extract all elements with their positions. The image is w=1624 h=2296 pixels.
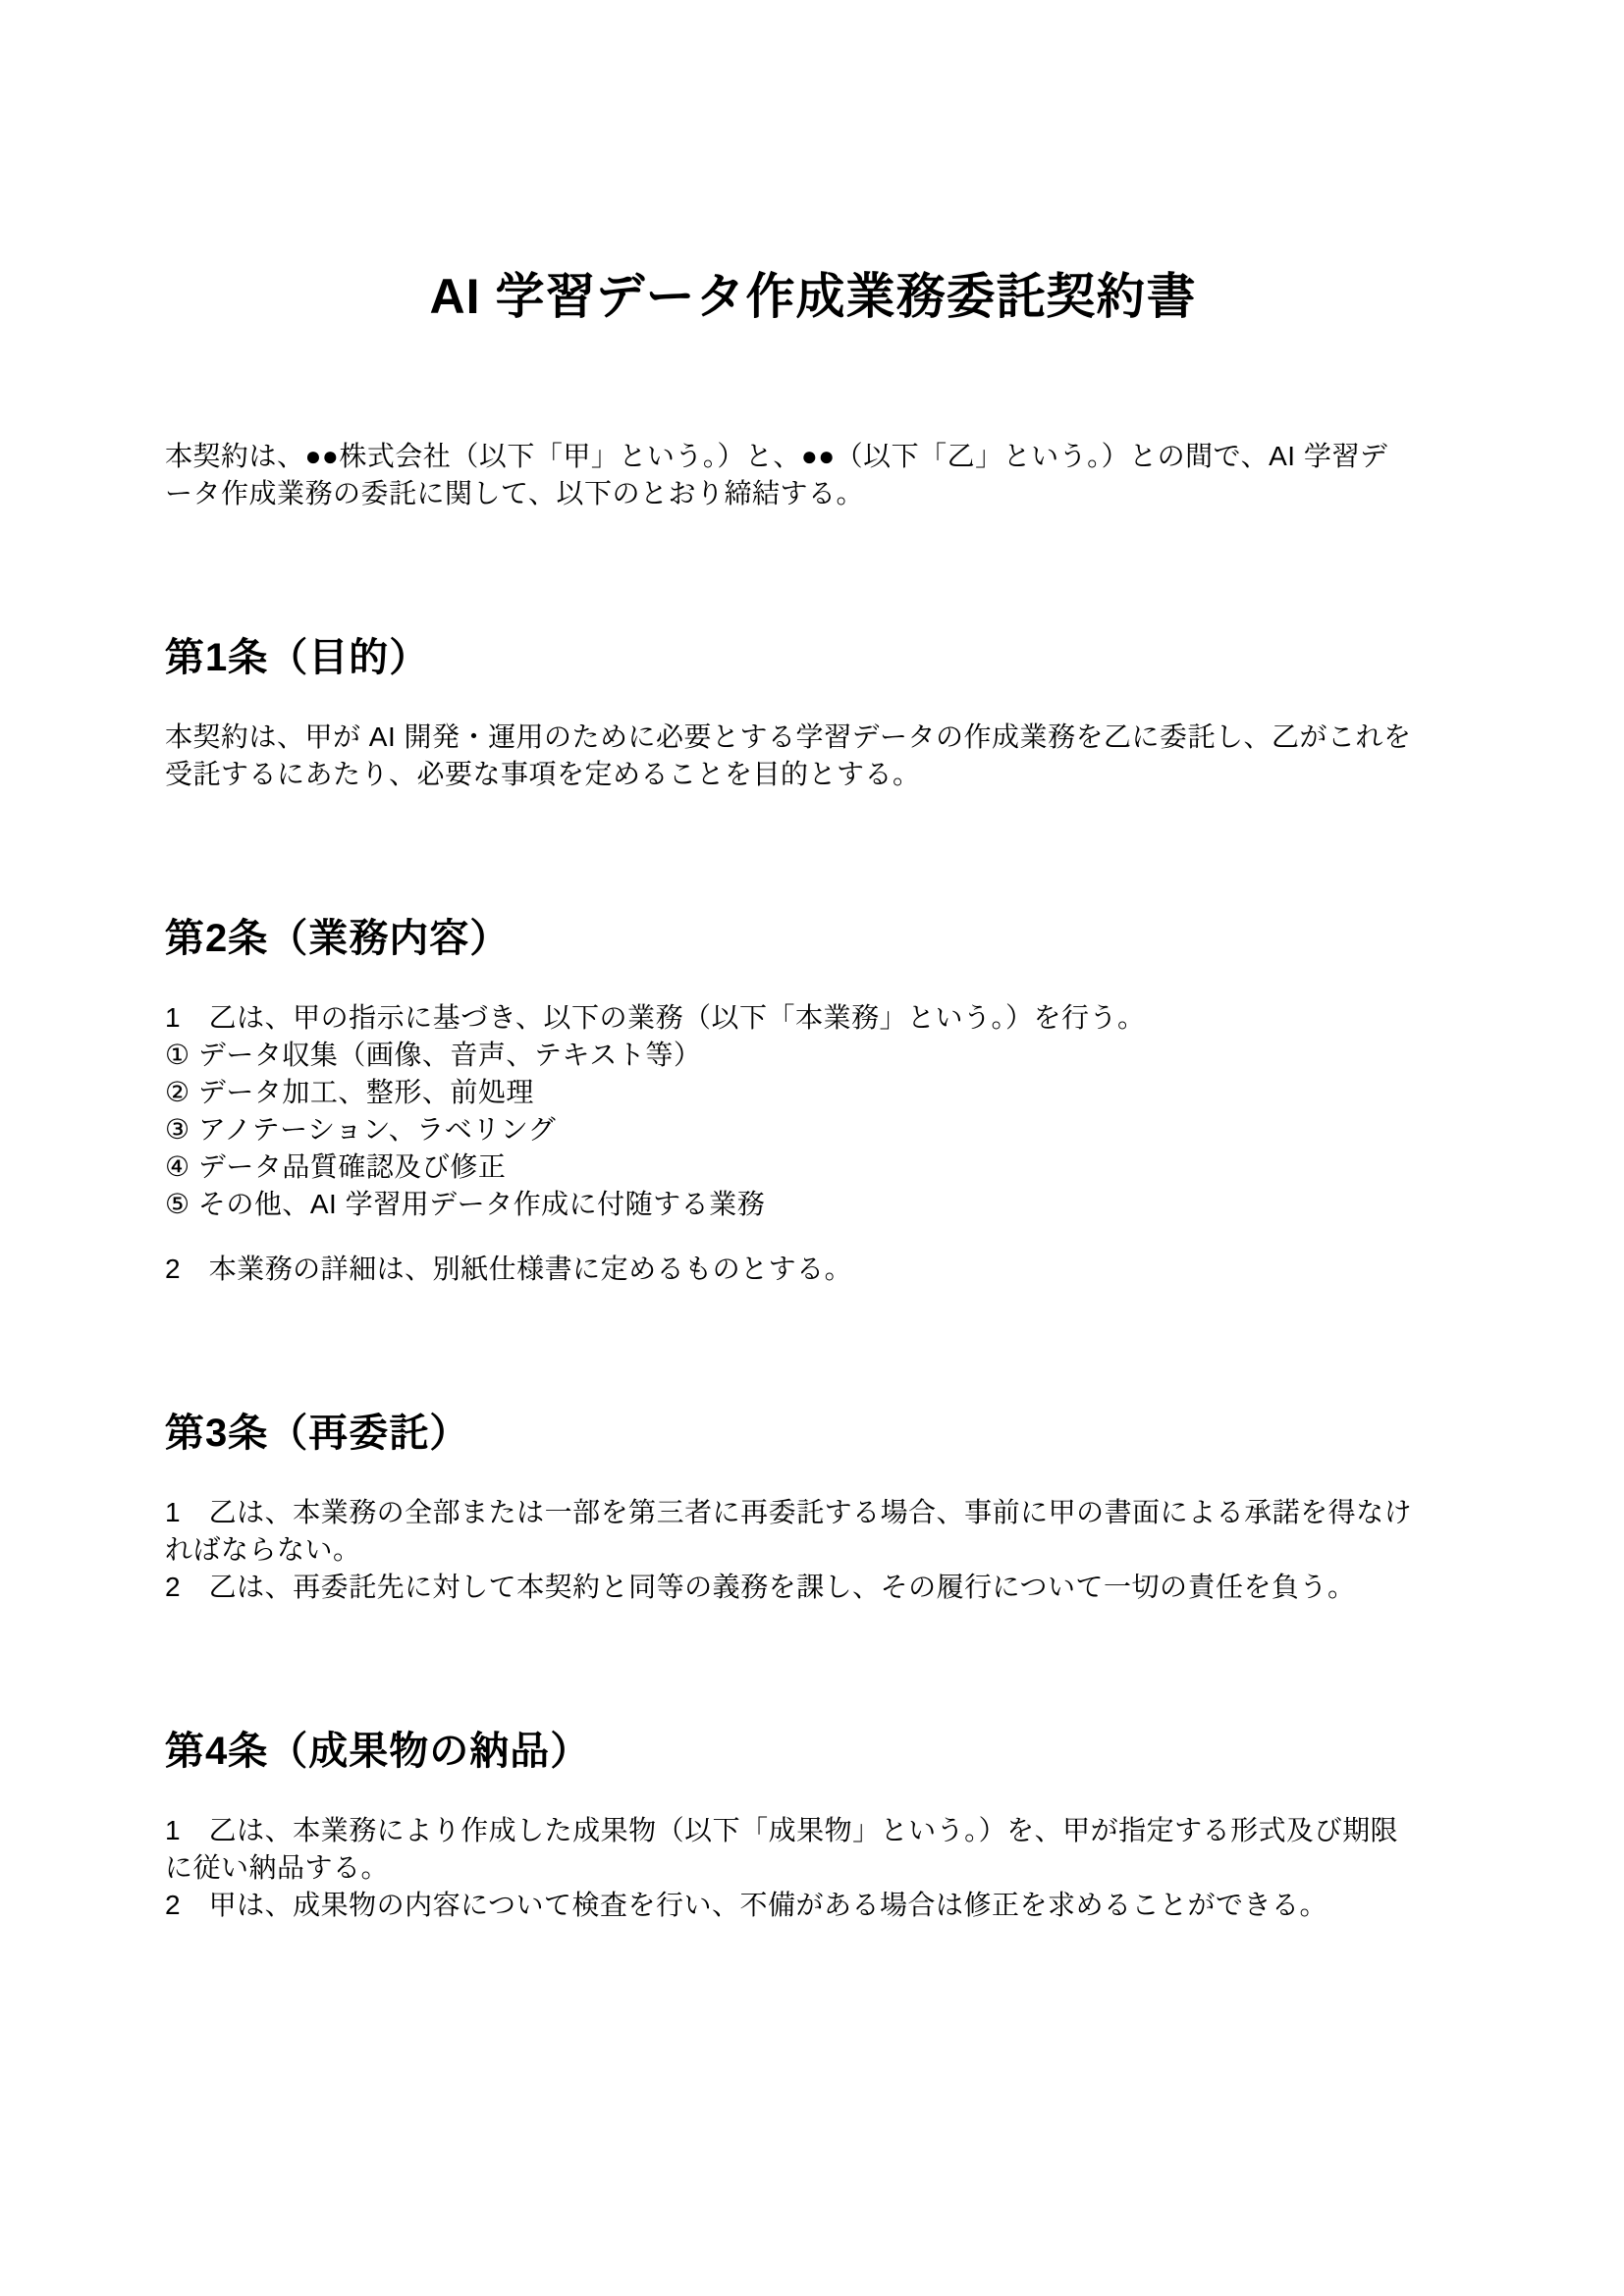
document-title: AI 学習データ作成業務委託契約書 [165, 267, 1461, 326]
article-3-subcontracting: 第3条（再委託） 1 乙は、本業務の全部または一部を第三者に再委託する場合、事前… [165, 1410, 1461, 1606]
article-3-paragraph: 1 乙は、本業務の全部または一部を第三者に再委託する場合、事前に甲の書面による承… [165, 1494, 1461, 1606]
article-4-heading: 第4条（成果物の納品） [165, 1728, 1461, 1775]
article-2-heading: 第2条（業務内容） [165, 915, 1461, 962]
article-3-heading: 第3条（再委託） [165, 1410, 1461, 1457]
article-1-paragraph: 本契約は、甲が AI 開発・運用のために必要とする学習データの作成業務を乙に委託… [165, 719, 1461, 793]
article-4-deliverables: 第4条（成果物の納品） 1 乙は、本業務により作成した成果物（以下「成果物」とい… [165, 1728, 1461, 1924]
article-2-scope-of-work: 第2条（業務内容） 1 乙は、甲の指示に基づき、以下の業務（以下「本業務」という… [165, 915, 1461, 1288]
contract-document-page: AI 学習データ作成業務委託契約書 本契約は、●●株式会社（以下「甲」という。）… [0, 0, 1624, 2296]
article-2-paragraph-2: 2 本業務の詳細は、別紙仕様書に定めるものとする。 [165, 1251, 1461, 1288]
intro-paragraph: 本契約は、●●株式会社（以下「甲」という。）と、●●（以下「乙」という。）との間… [165, 438, 1461, 512]
article-4-paragraph: 1 乙は、本業務により作成した成果物（以下「成果物」という。）を、甲が指定する形… [165, 1812, 1461, 1924]
article-2-paragraph-1: 1 乙は、甲の指示に基づき、以下の業務（以下「本業務」という。）を行う。 ① デ… [165, 999, 1461, 1223]
article-1-purpose: 第1条（目的） 本契約は、甲が AI 開発・運用のために必要とする学習データの作… [165, 634, 1461, 793]
article-1-heading: 第1条（目的） [165, 634, 1461, 681]
